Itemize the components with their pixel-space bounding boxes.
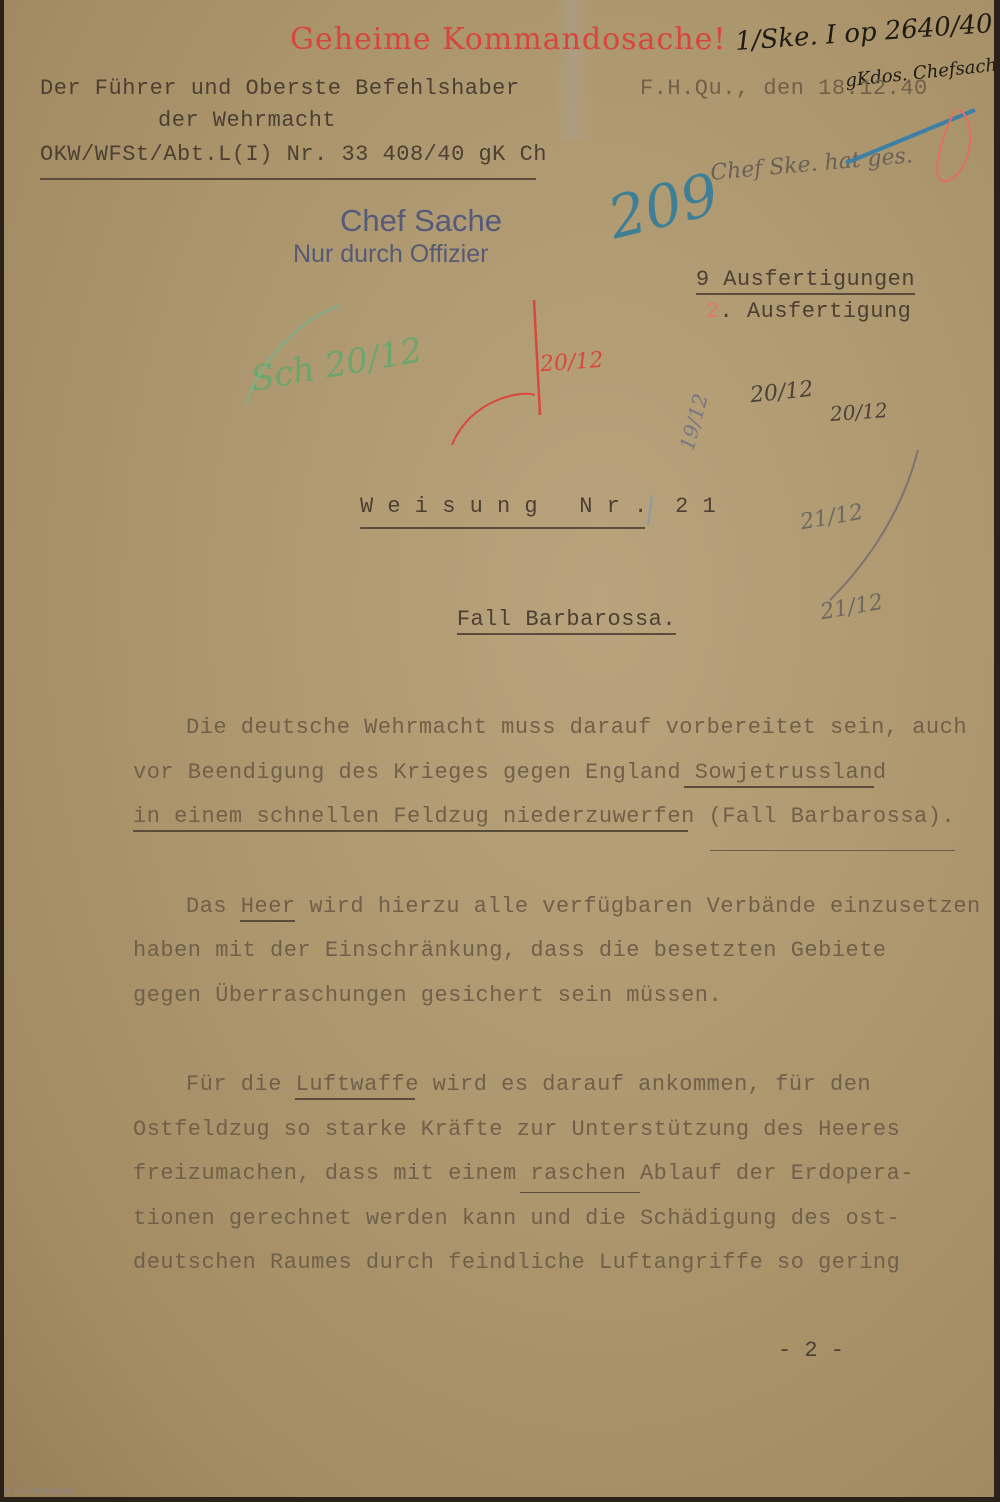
- subject-title: Fall Barbarossa.: [402, 582, 676, 657]
- para2-line1: Das Heer wird hierzu alle verfügbaren Ve…: [186, 894, 981, 919]
- scan-border-right: [994, 0, 1000, 1502]
- directive-title: W e i s u n g N r . 2 1: [360, 494, 716, 519]
- scan-border-left: [0, 0, 4, 1502]
- directive-underline: [360, 527, 645, 529]
- para3-line3: freizumachen, dass mit einem raschen Abl…: [133, 1161, 914, 1186]
- document-page: Geheime Kommandosache! 1/Ske. I op 2640/…: [0, 0, 1000, 1502]
- para1-underline-b: [133, 830, 688, 832]
- para1-line1: Die deutsche Wehrmacht muss darauf vorbe…: [186, 715, 967, 740]
- para3-underline-b: [520, 1192, 640, 1193]
- scan-border-bottom: [0, 1497, 1000, 1502]
- para3-line5: deutschen Raumes durch feindliche Luftan…: [133, 1250, 900, 1275]
- para3-line1: Für die Luftwaffe wird es darauf ankomme…: [186, 1072, 871, 1097]
- para2-line2: haben mit der Einschränkung, dass die be…: [133, 938, 887, 963]
- para1-line2: vor Beendigung des Krieges gegen England…: [133, 760, 887, 785]
- para1-line3: in einem schnellen Feldzug niederzuwerfe…: [133, 804, 955, 829]
- subject-text: Fall Barbarossa.: [457, 607, 676, 635]
- archive-watermark: © Bundesarchiv: [4, 1486, 75, 1497]
- para3-underline-a: [295, 1098, 415, 1100]
- para3-line4: tionen gerechnet werden kann und die Sch…: [133, 1206, 900, 1231]
- para2-line3: gegen Überraschungen gesichert sein müss…: [133, 983, 722, 1008]
- para3-line2: Ostfeldzug so starke Kräfte zur Unterstü…: [133, 1117, 900, 1142]
- para1-pencil-mark: [710, 850, 955, 851]
- para1-underline-a: [684, 786, 874, 788]
- para2-underline: [240, 920, 295, 922]
- page-continuation: - 2 -: [778, 1338, 844, 1363]
